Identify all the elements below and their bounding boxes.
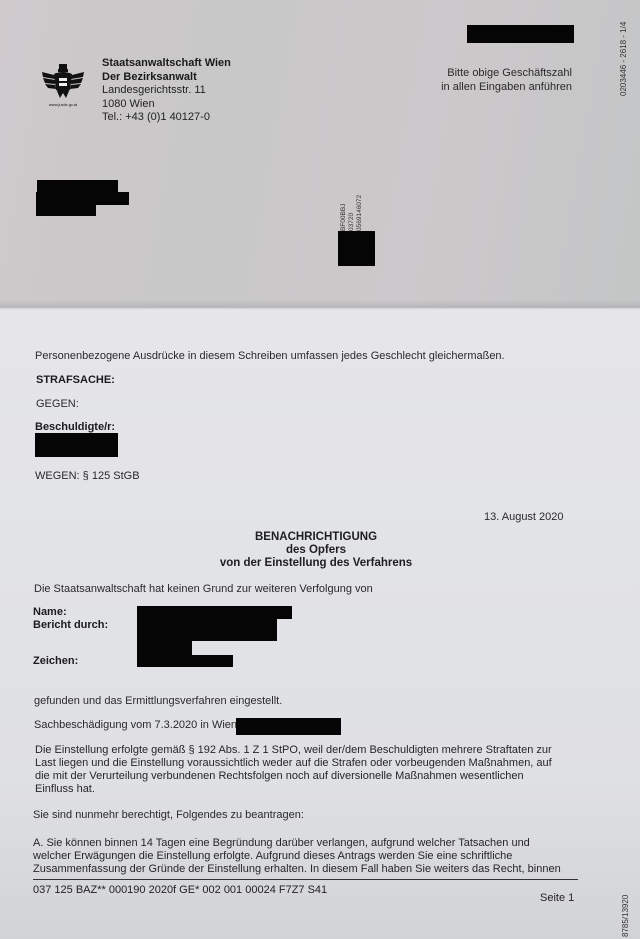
paper-fold-line [0, 300, 640, 310]
austrian-eagle-crest-icon: www.justiz.gv.at [40, 62, 86, 108]
footer-document-code: 037 125 BAZ** 000190 2020f GE* 002 001 0… [33, 884, 327, 896]
name-label: Name: [33, 606, 67, 619]
right-a-line-1: A. Sie können binnen 14 Tagen eine Begrü… [33, 837, 593, 850]
redacted-name [137, 606, 292, 619]
side-document-code: 0203446 - 2618 - 1/4 [619, 6, 633, 96]
sign-label: Zeichen: [33, 655, 78, 668]
right-a-line-2: welcher Erwägungen die Einstellung erfol… [33, 850, 593, 863]
redacted-sign [137, 655, 233, 667]
redacted-accused-name [35, 433, 118, 457]
right-a-paragraph: A. Sie können binnen 14 Tagen eine Begrü… [33, 837, 593, 876]
postal-code-line-2: 03720 [348, 183, 356, 231]
reference-note-line-1: Bitte obige Geschäftszahl [430, 67, 572, 81]
case-label: STRAFSACHE: [36, 374, 115, 387]
redacted-barcode [338, 231, 375, 266]
title-line-1: BENACHRICHTIGUNG [180, 531, 452, 544]
redacted-case-number [467, 25, 574, 43]
redacted-report [137, 619, 277, 641]
sender-phone: Tel.: +43 (0)1 40127-0 [102, 111, 231, 125]
reason-paragraph: Die Einstellung erfolgte gemäß § 192 Abs… [35, 744, 595, 796]
side-footer-code: 8785/13920 [621, 885, 633, 937]
report-label: Bericht durch: [33, 619, 108, 632]
redacted-offense-location [236, 718, 341, 735]
redacted-recipient-line-3 [36, 203, 96, 216]
rights-intro: Sie sind nunmehr berechtigt, Folgendes z… [33, 809, 304, 822]
letter-date: 13. August 2020 [484, 511, 564, 524]
reason-line-2: Last liegen und die Einstellung voraussi… [35, 757, 595, 770]
against-label: GEGEN: [36, 398, 79, 411]
title-line-2: des Opfers [180, 544, 452, 557]
postal-code-line-3: 0569146072 [356, 183, 364, 231]
postal-code-line-1: BF00BBJ [340, 183, 348, 231]
right-a-line-3: Zusammenfassung der Gründe der Einstellu… [33, 863, 593, 876]
logo-url: www.justiz.gv.at [40, 102, 86, 107]
postal-routing-code: BF00BBJ 03720 0569146072 [340, 183, 376, 231]
letter-header-fold [0, 0, 640, 308]
reason-line-4: Einfluss hat. [35, 783, 595, 796]
reference-note: Bitte obige Geschäftszahl in allen Einga… [430, 67, 572, 94]
offense-text: Sachbeschädigung vom 7.3.2020 in Wien [34, 719, 237, 732]
page-number: Seite 1 [540, 892, 574, 904]
title-line-3: von der Einstellung des Verfahrens [180, 557, 452, 570]
sender-office: Staatsanwaltschaft Wien [102, 57, 231, 71]
sender-street: Landesgerichtsstr. 11 [102, 84, 231, 98]
footer-divider [33, 879, 578, 880]
sender-department: Der Bezirksanwalt [102, 71, 231, 85]
sender-address: Staatsanwaltschaft Wien Der Bezirksanwal… [102, 57, 231, 125]
letter-title: BENACHRICHTIGUNG des Opfers von der Eins… [180, 531, 452, 570]
sender-city: 1080 Wien [102, 98, 231, 112]
gender-note: Personenbezogene Ausdrücke in diesem Sch… [35, 350, 505, 363]
charge: WEGEN: § 125 StGB [35, 470, 140, 483]
reference-note-line-2: in allen Eingaben anführen [430, 81, 572, 95]
found-text: gefunden und das Ermittlungsverfahren ei… [34, 695, 282, 708]
reason-line-1: Die Einstellung erfolgte gemäß § 192 Abs… [35, 744, 595, 757]
reason-line-3: die mit der Verurteilung verbundenen Rec… [35, 770, 595, 783]
intro-text: Die Staatsanwaltschaft hat keinen Grund … [34, 583, 373, 596]
